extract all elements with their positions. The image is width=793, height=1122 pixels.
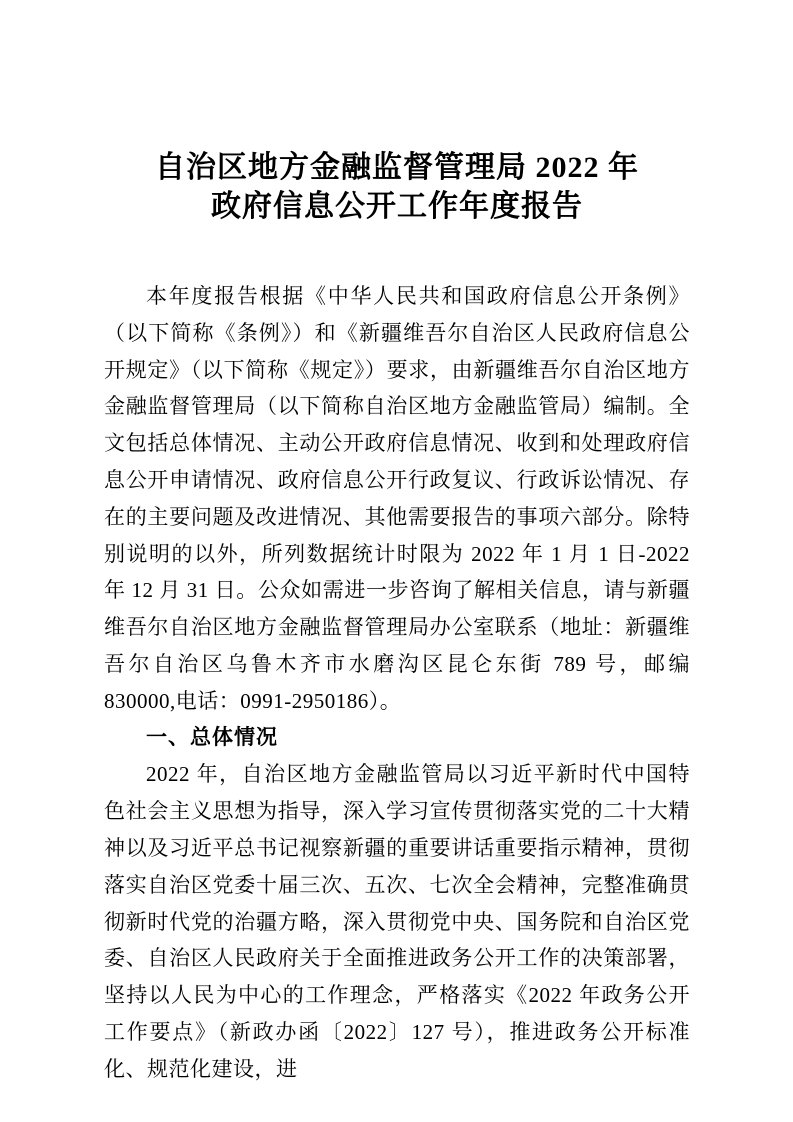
intro-paragraph: 本年度报告根据《中华人民共和国政府信息公开条例》（以下简称《条例》）和《新疆维吾…: [104, 278, 690, 720]
document-page: 自治区地方金融监督管理局 2022 年 政府信息公开工作年度报告 本年度报告根据…: [0, 0, 793, 1122]
document-body: 本年度报告根据《中华人民共和国政府信息公开条例》（以下简称《条例》）和《新疆维吾…: [104, 278, 690, 1088]
document-title: 自治区地方金融监督管理局 2022 年 政府信息公开工作年度报告: [104, 148, 690, 226]
section-heading-overall-situation: 一、总体情况: [104, 720, 690, 757]
document-title-line-1: 自治区地方金融监督管理局 2022 年: [104, 148, 690, 187]
document-title-line-2: 政府信息公开工作年度报告: [104, 187, 690, 226]
section-paragraph-overall-situation: 2022 年，自治区地方金融监管局以习近平新时代中国特色社会主义思想为指导，深入…: [104, 756, 690, 1087]
